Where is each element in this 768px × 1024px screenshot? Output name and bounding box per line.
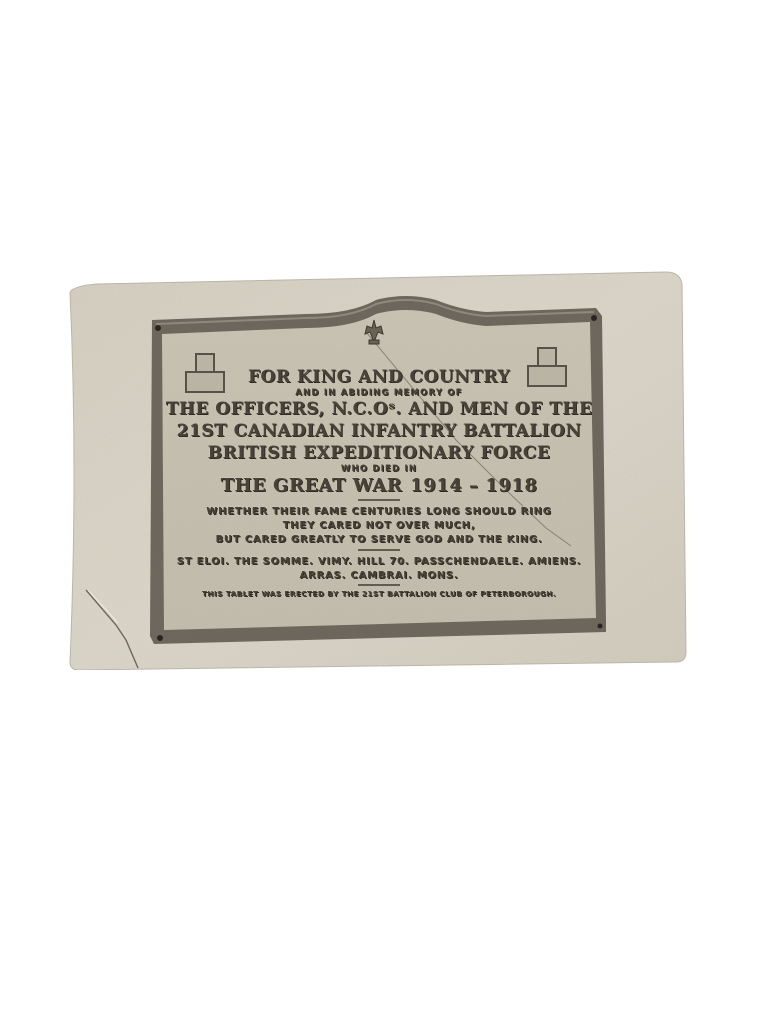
tablet-footer: THIS TABLET WAS ERECTED BY THE 21ST BATT… — [164, 589, 594, 599]
divider — [358, 549, 400, 551]
inscription-who-died: WHO DIED IN — [164, 464, 594, 474]
divider — [358, 584, 400, 586]
war-years: 1914 – 1918 — [410, 475, 537, 496]
inscription-great-war: THE GREAT WAR1914 – 1918 — [164, 475, 594, 497]
inscription-force: BRITISH EXPEDITIONARY FORCE — [164, 442, 594, 464]
inscription-memory: AND IN ABIDING MEMORY OF — [164, 388, 594, 398]
photo-card: FOR KING AND COUNTRY AND IN ABIDING MEMO… — [66, 270, 688, 670]
verse-line: THEY CARED NOT OVER MUCH, — [164, 519, 594, 533]
inscription-heading: FOR KING AND COUNTRY — [164, 366, 594, 388]
inscription-officers: THE OFFICERS, N.C.Oˢ. AND MEN OF THE — [164, 398, 594, 420]
inscription-battalion: 21ST CANADIAN INFANTRY BATTALION — [164, 420, 594, 442]
great-war-text: THE GREAT WAR — [221, 475, 403, 496]
battles-line: ST ELOI. THE SOMME. VIMY. HILL 70. PASSC… — [164, 555, 594, 569]
divider — [358, 499, 400, 501]
plaque-inscription: FOR KING AND COUNTRY AND IN ABIDING MEMO… — [164, 366, 594, 599]
verse-line: BUT CARED GREATLY TO SERVE GOD AND THE K… — [164, 533, 594, 547]
battles-line: ARRAS. CAMBRAI. MONS. — [164, 569, 594, 583]
verse-line: WHETHER THEIR FAME CENTURIES LONG SHOULD… — [164, 505, 594, 519]
